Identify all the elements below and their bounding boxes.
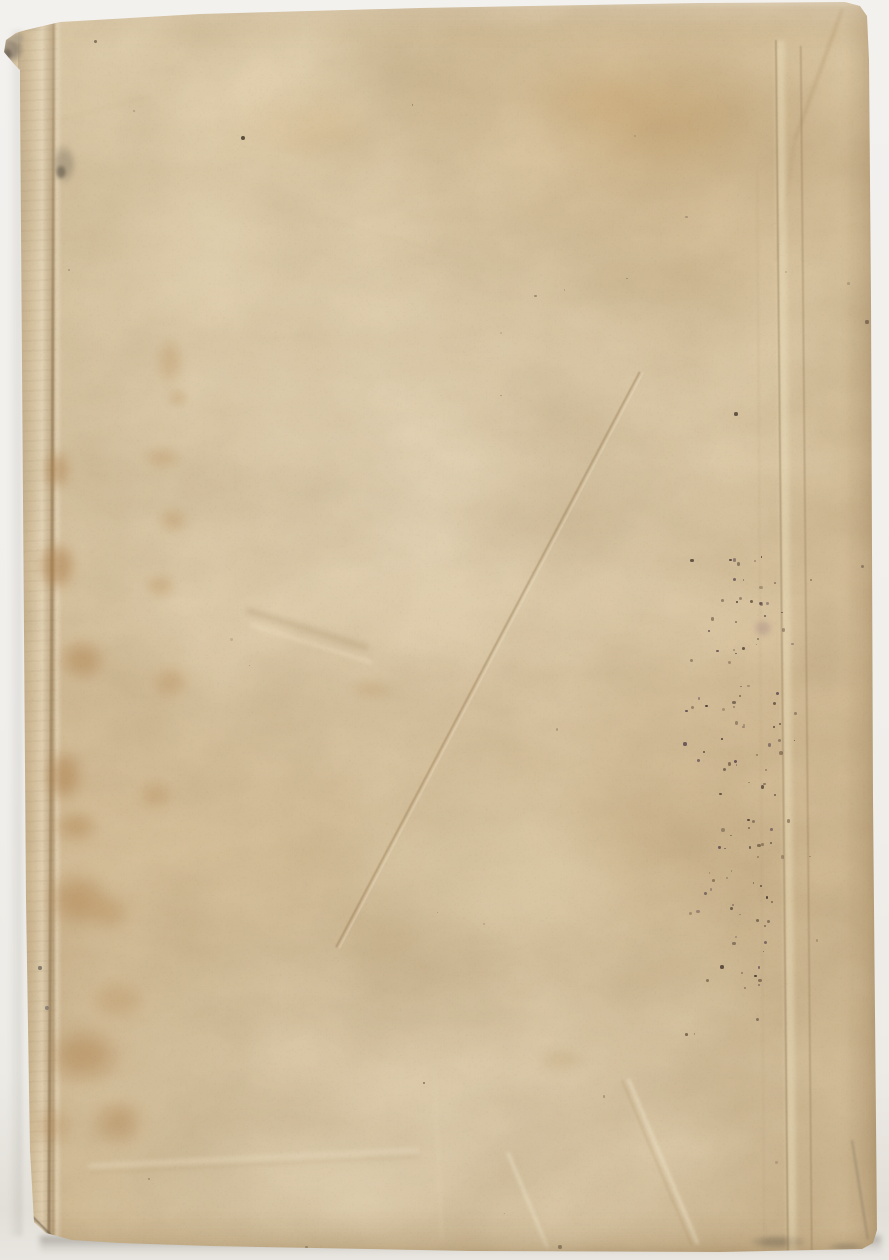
ink-speckle-cluster <box>757 844 760 847</box>
ink-speckle-cluster <box>730 835 732 837</box>
scattered-flecks <box>564 289 566 291</box>
ink-speckle-cluster <box>728 762 731 765</box>
scattered-flecks <box>148 1178 150 1180</box>
ink-speckle-cluster <box>781 855 785 859</box>
fly-speck <box>241 136 245 140</box>
ink-speckle-cluster <box>761 556 763 558</box>
ink-speckle-cluster <box>759 602 762 605</box>
ink-speckle-cluster <box>747 685 750 688</box>
ink-speckle-cluster <box>697 759 700 762</box>
scattered-flecks <box>437 912 438 913</box>
edge-speck <box>865 320 868 323</box>
ink-speckle-cluster <box>763 783 765 785</box>
ink-speckle-cluster <box>756 919 760 923</box>
ink-speckle-cluster <box>758 966 761 969</box>
ink-speckle-cluster <box>754 975 757 978</box>
ink-speckle-cluster <box>764 925 766 927</box>
ink-speckle-layer <box>0 0 889 1260</box>
ink-speckle-cluster <box>759 586 763 590</box>
ink-speckle-cluster <box>735 621 738 624</box>
ink-speckle-cluster <box>721 738 723 740</box>
vellum-book-cover <box>0 0 889 1260</box>
ink-speckle-cluster <box>763 951 764 952</box>
ink-speckle-cluster <box>704 892 707 895</box>
ink-speckle-cluster <box>732 701 735 704</box>
ink-speckle-cluster <box>721 599 724 602</box>
ink-speckle-cluster <box>733 558 737 562</box>
ink-speckle-cluster <box>779 751 783 755</box>
ink-speckle-cluster <box>739 597 742 600</box>
ink-speckle-cluster <box>706 979 709 982</box>
ink-speckle-cluster <box>703 751 705 753</box>
ink-speckle-cluster <box>729 559 732 562</box>
ink-speckle-cluster <box>690 559 694 563</box>
ink-speckle-cluster <box>690 659 693 662</box>
ink-speckle-cluster <box>773 702 776 705</box>
ink-speckle-cluster <box>794 712 797 715</box>
ink-speckle-cluster <box>743 724 745 726</box>
ink-speckle-cluster <box>735 936 737 938</box>
ink-speckle-cluster <box>765 769 767 771</box>
ink-speckle-cluster <box>721 828 725 832</box>
ink-speckle-cluster <box>689 912 692 915</box>
ink-speckle-cluster <box>736 601 738 603</box>
scattered-flecks <box>626 278 627 279</box>
ink-speckle-cluster <box>737 562 740 565</box>
scattered-flecks <box>483 923 485 925</box>
ink-speckle-cluster <box>761 785 765 789</box>
ink-speckle-cluster <box>754 560 757 563</box>
sewing-pin <box>38 966 41 969</box>
ink-speckle-cluster <box>708 630 709 631</box>
photograph-of-parchment-cover <box>0 0 889 1260</box>
scattered-flecks <box>694 1033 696 1035</box>
ink-speckle-cluster <box>748 782 749 783</box>
ink-speckle-cluster <box>719 793 722 796</box>
sewing-pin <box>45 1006 49 1010</box>
ink-speckle-cluster <box>770 842 773 845</box>
ink-speckle-cluster <box>748 827 750 829</box>
ink-speckle-cluster <box>685 1033 688 1036</box>
ink-speckle-cluster <box>756 754 758 756</box>
ink-speckle-cluster <box>723 768 726 771</box>
scattered-flecks <box>556 728 558 730</box>
ink-speckle-cluster <box>782 628 785 631</box>
scattered-flecks <box>731 870 732 871</box>
ink-speckle-cluster <box>743 579 745 581</box>
scattered-flecks <box>500 395 501 396</box>
ink-speckle-cluster <box>773 726 775 728</box>
edge-speck <box>861 565 864 568</box>
scattered-flecks <box>809 856 810 857</box>
scattered-flecks <box>133 110 135 112</box>
ink-speckle-cluster <box>766 896 769 899</box>
scattered-flecks <box>785 271 787 273</box>
ink-speckle-cluster <box>760 885 762 887</box>
ink-speckle-cluster <box>768 743 771 746</box>
ink-speckle-cluster <box>734 760 737 763</box>
ink-speckle-cluster <box>696 910 700 914</box>
ink-speckle-cluster <box>733 578 736 581</box>
ink-speckle-cluster <box>735 653 737 655</box>
ink-speckle-cluster <box>761 843 764 846</box>
ink-speckle-cluster <box>760 602 764 606</box>
ink-speckle-cluster <box>722 708 725 711</box>
scattered-flecks <box>504 1213 505 1214</box>
ink-speckle-cluster <box>764 941 767 944</box>
ink-speckle-cluster <box>736 764 738 766</box>
ink-speckle-cluster <box>733 706 735 708</box>
ink-speckle-cluster <box>691 706 694 709</box>
ink-speckle-cluster <box>774 794 776 796</box>
ink-speckle-cluster <box>778 739 781 742</box>
ink-speckle-cluster <box>787 819 790 822</box>
ink-speckle-cluster <box>720 965 724 969</box>
ink-speckle-cluster <box>752 820 755 823</box>
ink-speckle-cluster <box>739 914 740 915</box>
ink-speckle-cluster <box>756 644 758 646</box>
scattered-flecks <box>709 872 711 874</box>
ink-speckle-cluster <box>758 979 762 983</box>
ink-speckle-cluster <box>732 904 734 906</box>
fly-speck <box>94 40 97 43</box>
ink-speckle-cluster <box>698 697 701 700</box>
ink-speckle-cluster <box>741 972 743 974</box>
ink-speckle-cluster <box>766 602 769 605</box>
ink-speckle-cluster <box>742 726 744 728</box>
ink-speckle-cluster <box>749 846 752 849</box>
ink-speckle-cluster <box>810 579 812 581</box>
ink-speckle-cluster <box>764 615 766 617</box>
ink-speckle-cluster <box>712 879 715 882</box>
ink-speckle-cluster <box>747 819 750 822</box>
ink-speckle-cluster <box>726 877 728 879</box>
fly-speck <box>558 1245 562 1249</box>
ink-speckle-cluster <box>685 710 688 713</box>
ink-speckle-cluster <box>781 612 783 614</box>
ink-speckle-cluster <box>744 987 747 990</box>
ink-speckle-cluster <box>705 705 708 708</box>
ink-speckle-cluster <box>767 920 770 923</box>
scattered-flecks <box>412 104 414 106</box>
ink-speckle-cluster <box>757 638 759 640</box>
fly-speck <box>734 412 738 416</box>
scattered-flecks <box>230 638 233 641</box>
ink-speckle-cluster <box>730 907 733 910</box>
ink-speckle-cluster <box>732 942 736 946</box>
ink-speckle-cluster <box>757 856 759 858</box>
scattered-flecks <box>816 939 819 942</box>
ink-speckle-cluster <box>718 846 720 848</box>
ink-speckle-cluster <box>683 742 687 746</box>
scattered-flecks <box>500 332 502 334</box>
ink-speckle-cluster <box>710 888 712 890</box>
scattered-flecks <box>603 1095 605 1097</box>
ink-speckle-cluster <box>753 882 755 884</box>
scattered-flecks <box>685 216 687 218</box>
fly-speck <box>423 1082 426 1085</box>
ink-speckle-cluster <box>716 650 719 653</box>
ink-speckle-cluster <box>740 686 742 688</box>
ink-speckle-cluster <box>791 643 793 645</box>
ink-speckle-cluster <box>758 984 760 986</box>
scattered-flecks <box>775 1161 777 1163</box>
ink-speckle-cluster <box>735 721 738 724</box>
ink-speckle-cluster <box>742 647 745 650</box>
scattered-flecks <box>534 295 536 297</box>
ink-speckle-cluster <box>779 723 781 725</box>
ink-speckle-cluster <box>739 695 741 697</box>
backdrop-left-shadow <box>8 30 22 1236</box>
ink-speckle-cluster <box>728 661 731 664</box>
scattered-flecks <box>634 135 635 136</box>
top-edge-nick <box>234 5 266 13</box>
scattered-flecks <box>68 269 70 271</box>
ink-speckle-cluster <box>771 901 773 903</box>
ink-speckle-cluster <box>711 617 715 621</box>
ink-speckle-cluster <box>774 582 777 585</box>
scattered-flecks <box>249 665 250 666</box>
ink-speckle-cluster <box>733 649 735 651</box>
ink-speckle-cluster <box>794 740 795 741</box>
scattered-flecks <box>847 282 850 285</box>
ink-speckle-cluster <box>750 600 753 603</box>
ink-speckle-cluster <box>724 848 725 849</box>
ink-speckle-cluster <box>770 828 773 831</box>
ink-speckle-cluster <box>776 692 779 695</box>
ink-speckle-cluster <box>756 1018 759 1021</box>
